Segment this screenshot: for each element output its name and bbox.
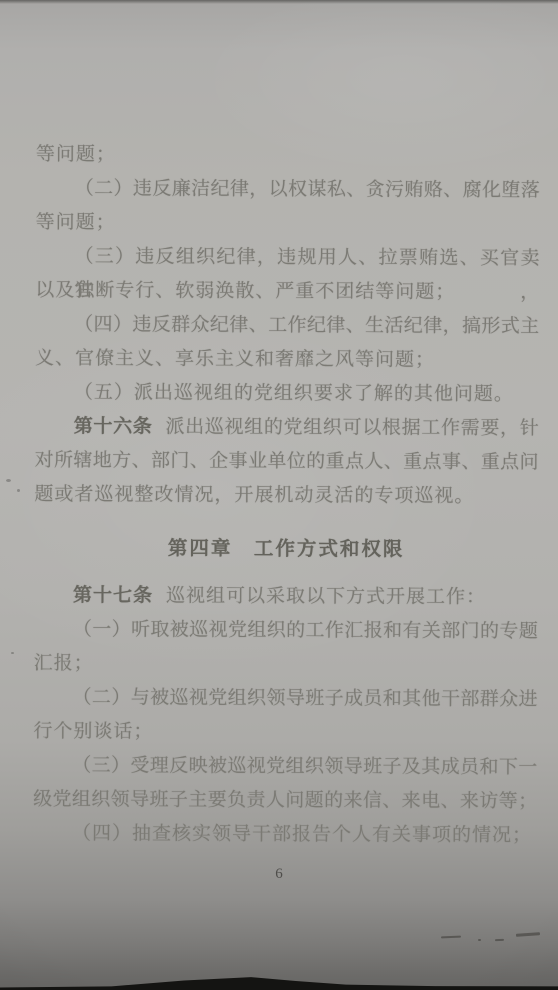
pen-mark bbox=[495, 939, 504, 941]
document-line: （四）违反群众纪律、工作纪律、生活纪律，搞形式主 bbox=[35, 308, 539, 344]
article-number: 第十七条 bbox=[73, 585, 153, 606]
paper-bottom-edge bbox=[0, 976, 558, 990]
document-line: 汇报； bbox=[34, 647, 538, 683]
paper-speck bbox=[11, 652, 14, 654]
document-line: （二）违反廉洁纪律，以权谋私、贪污贿赂、腐化堕落 bbox=[36, 172, 540, 208]
document-line: （一）听取被巡视党组织的工作汇报和有关部门的专题 bbox=[34, 613, 538, 649]
document-line: 等问题； bbox=[36, 138, 540, 174]
pen-mark bbox=[516, 932, 540, 937]
document-line: （三）受理反映被巡视党组织领导班子及其成员和下一 bbox=[33, 749, 537, 785]
document-page-text: 等问题；（二）违反廉洁纪律，以权谋私、贪污贿赂、腐化堕落等问题；（三）违反组织纪… bbox=[33, 138, 540, 853]
pen-mark bbox=[441, 936, 461, 939]
paper-speck bbox=[6, 479, 11, 482]
photo-top-shadow bbox=[0, 0, 558, 4]
document-line: 题或者巡视整改情况，开展机动灵活的专项巡视。 bbox=[34, 478, 538, 514]
document-line: （二）与被巡视党组织领导班子成员和其他干部群众进 bbox=[33, 681, 537, 717]
article-number: 第十六条 bbox=[74, 416, 153, 437]
document-line: （三）违反组织纪律，违规用人、拉票贿选、买官卖官， bbox=[35, 240, 539, 276]
document-line: 第十七条巡视组可以采取以下方式开展工作： bbox=[34, 579, 538, 615]
pen-mark bbox=[478, 939, 481, 941]
paper-speck bbox=[17, 489, 20, 492]
document-line: 等问题； bbox=[36, 206, 540, 242]
document-line: 级党组织领导班子主要负责人问题的来信、来电、来访等； bbox=[33, 783, 537, 819]
page-number: 6 bbox=[0, 866, 558, 883]
document-line: 第十六条派出巡视组的党组织可以根据工作需要，针 bbox=[35, 410, 539, 446]
document-photo: 等问题；（二）违反廉洁纪律，以权谋私、贪污贿赂、腐化堕落等问题；（三）违反组织纪… bbox=[0, 0, 558, 990]
document-line: （五）派出巡视组的党组织要求了解的其他问题。 bbox=[35, 376, 539, 412]
document-line: 义、官僚主义、享乐主义和奢靡之风等问题； bbox=[35, 342, 539, 378]
document-line: （四）抽查核实领导干部报告个人有关事项的情况； bbox=[33, 817, 537, 853]
document-line: 对所辖地方、部门、企事业单位的重点人、重点事、重点问 bbox=[35, 444, 539, 480]
document-line: 行个别谈话； bbox=[33, 715, 537, 751]
chapter-heading: 第四章 工作方式和权限 bbox=[34, 532, 538, 568]
